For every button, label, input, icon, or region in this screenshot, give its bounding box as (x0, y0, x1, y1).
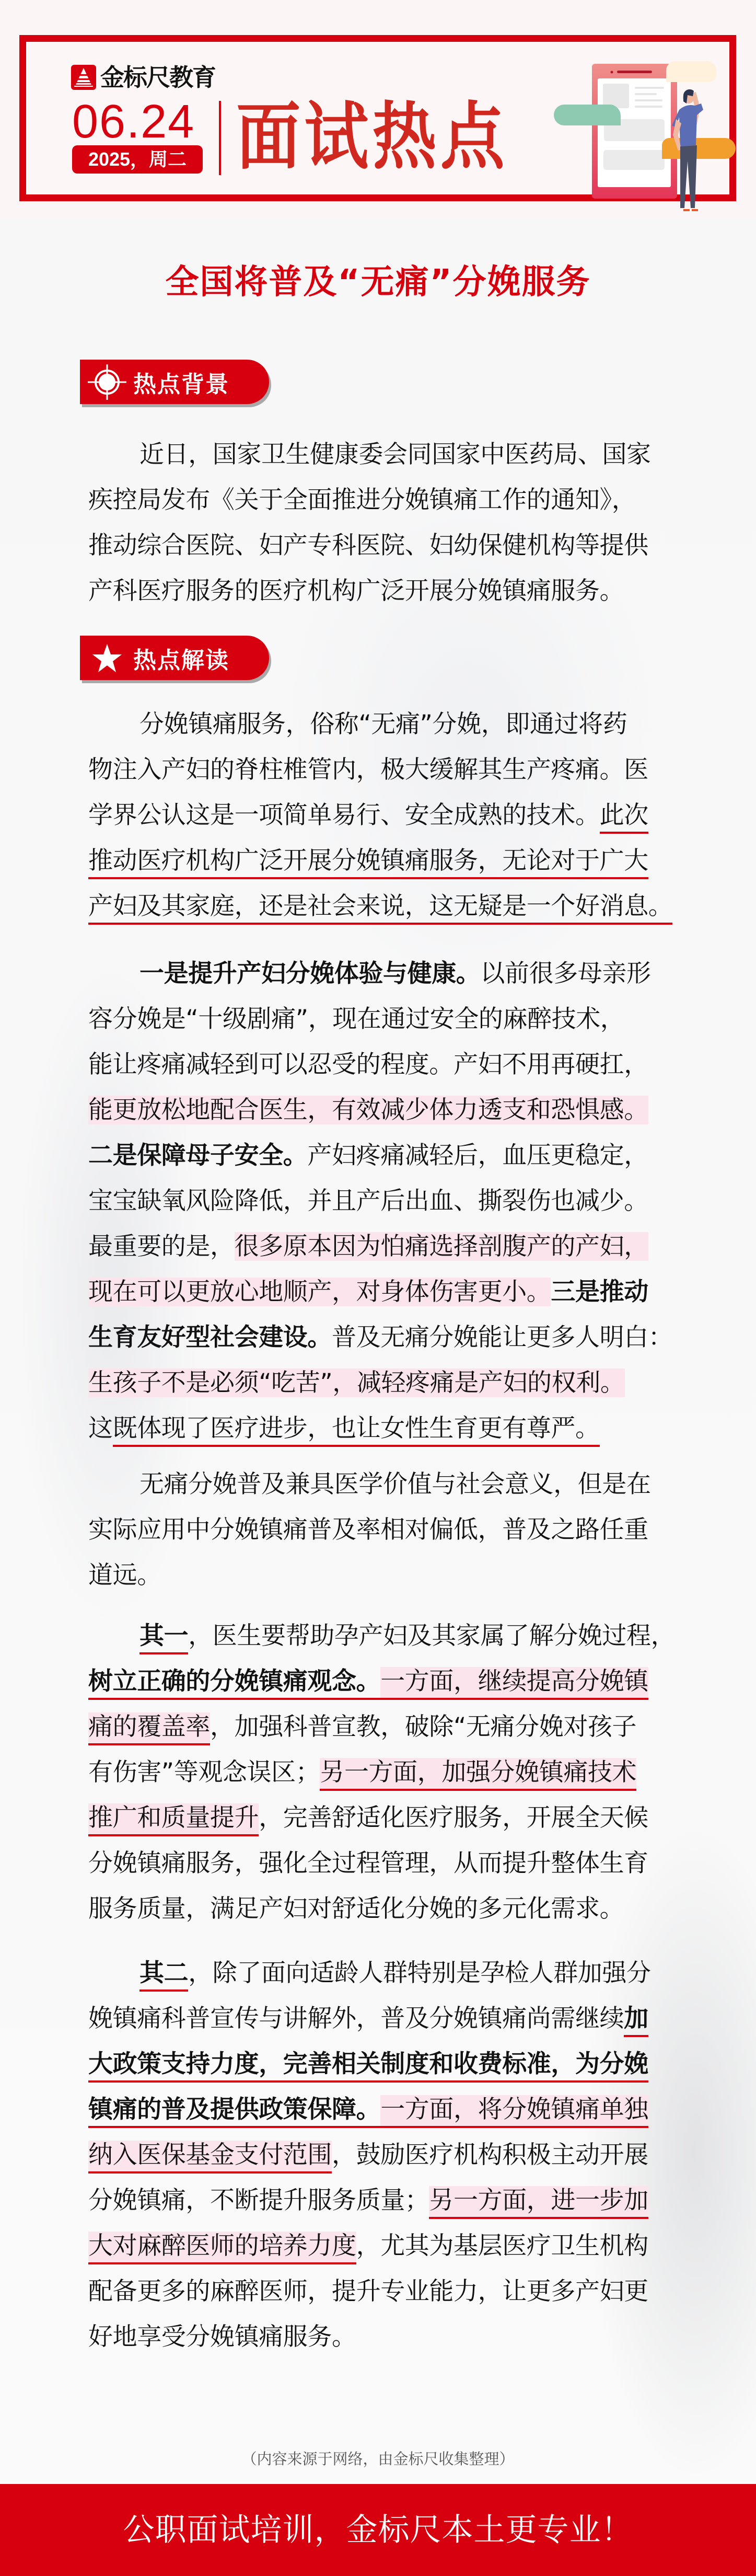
emphasized-text: 一方面，将分娩镇痛单独 (380, 2095, 648, 2128)
paragraph-line: 镇痛的普及提供政策保障。一方面，将分娩镇痛单独 (88, 2094, 669, 2125)
section-badge-label: 热点背景 (133, 365, 229, 399)
paragraph-line: 其二，除了面向适龄人群特别是孕检人群加强分 (88, 1958, 669, 1989)
body-text: ，医生要帮助孕产妇及其家属了解分娩过程， (188, 1621, 675, 1650)
body-text: 产妇疼痛减轻后，血压更稳定， (307, 1141, 648, 1170)
paragraph-line: 能让疼痛减轻到可以忍受的程度。产妇不用再硬扛， (88, 1049, 669, 1080)
header-divider (219, 101, 221, 175)
paragraph-line: 好地享受分娩镇痛服务。 (88, 2321, 669, 2353)
paragraph-line: 无痛分娩普及兼具医学价值与社会意义，但是在 (88, 1469, 669, 1500)
body-text: 道远。 (88, 1561, 161, 1590)
body-text: ，除了面向适龄人群特别是孕检人群加强分 (188, 1959, 650, 1987)
emphasized-text: 三是推动 (551, 1278, 648, 1306)
paragraph-line: 其一，医生要帮助孕产妇及其家属了解分娩过程， (88, 1620, 669, 1652)
section-badge-label: 热点解读 (133, 641, 229, 675)
body-text: 娩镇痛科普宣传与讲解外，普及分娩镇痛尚需继续 (88, 2004, 624, 2033)
body-text: 宝宝缺氧风险降低，并且产后出血、撕裂伤也减少。 (88, 1187, 648, 1215)
paragraph-line: 有伤害”等观念误区；另一方面，加强分娩镇痛技术 (88, 1757, 669, 1788)
emphasized-text: 加 (624, 2004, 648, 2037)
body-text: 无痛分娩普及兼具医学价值与社会意义，但是在 (139, 1470, 651, 1499)
paragraph-line: 容分娩是“十级剧痛”，现在通过安全的麻醉技术， (88, 1004, 669, 1035)
body-text: ，鼓励医疗机构积极主动开展 (332, 2141, 648, 2169)
paragraph-line: 能更放松地配合医生，有效减少体力透支和恐惧感。 (88, 1095, 669, 1126)
section-badge-background: 热点背景 (80, 360, 269, 404)
emphasized-text: 生孩子不是必须“吃苦”，减轻疼痛是产妇的权利。 (88, 1368, 625, 1397)
body-text: 实际应用中分娩镇痛普及率相对偏低，普及之路任重 (88, 1515, 648, 1544)
emphasized-text: 此次 (600, 801, 648, 834)
body-text: 分娩镇痛，不断提升服务质量； (88, 2186, 429, 2215)
emphasized-text: 能更放松地配合医生，有效减少体力透支和恐惧感。 (88, 1096, 648, 1124)
body-text: 有伤害”等观念误区； (88, 1758, 320, 1787)
paragraph-line: 分娩镇痛服务，俗称“无痛”分娩，即通过将药 (88, 709, 669, 740)
paragraph-line: 大政策支持力度，完善相关制度和收费标准，为分娩 (88, 2049, 669, 2080)
paragraph-line: 这既体现了医疗进步，也让女性生育更有尊严。 (88, 1413, 669, 1444)
paragraph-line: 疾控局发布《关于全面推进分娩镇痛工作的通知》， (88, 485, 669, 516)
paragraph-line: 推动综合医院、妇产专科医院、妇幼保健机构等提供 (88, 530, 669, 561)
date-main: 06.24 (72, 98, 195, 145)
logo-mark-icon (71, 65, 96, 90)
paragraph-line: 产科医疗服务的医疗机构广泛开展分娩镇痛服务。 (88, 576, 669, 607)
section-badge-interpretation: 热点解读 (80, 636, 269, 680)
paragraph-line: 近日，国家卫生健康委会同国家中医药局、国家 (88, 439, 669, 470)
emphasized-text: 推动医疗机构广泛开展分娩镇痛服务，无论对于广大 (88, 846, 648, 879)
body-text: 服务质量，满足产妇对舒适化分娩的多元化需求。 (88, 1894, 624, 1923)
paragraph-line: 生孩子不是必须“吃苦”，减轻疼痛是产妇的权利。 (88, 1367, 669, 1399)
emphasized-text: 既体现了医疗进步，也让女性生育更有尊严。 (113, 1414, 600, 1447)
emphasized-text: 一方面，继续提高分娩镇 (380, 1667, 648, 1700)
body-text: ，完善舒适化医疗服务，开展全天候 (259, 1803, 648, 1832)
body-text: 物注入产妇的脊柱椎管内，极大缓解其生产疼痛。医 (88, 755, 648, 784)
body-text: 以前很多母亲形 (480, 959, 650, 988)
emphasized-text: 其一 (139, 1621, 188, 1654)
emphasized-text: 树立正确的分娩镇痛观念。 (88, 1667, 380, 1700)
emphasized-text: 二是保障母子安全。 (88, 1141, 307, 1170)
emphasized-text: 其二 (139, 1959, 188, 1992)
body-text: 分娩镇痛服务，俗称“无痛”分娩，即通过将药 (139, 710, 627, 739)
date-sub-pill: 2025，周二 (72, 145, 203, 174)
paragraph-line: 二是保障母子安全。产妇疼痛减轻后，血压更稳定， (88, 1140, 669, 1171)
emphasized-text: 另一方面，加强分娩镇痛技术 (320, 1758, 636, 1791)
target-icon (86, 360, 128, 404)
body-text: 能让疼痛减轻到可以忍受的程度。产妇不用再硬扛， (88, 1050, 648, 1079)
footer-slogan: 公职面试培训，金标尺本土更专业！ (123, 2512, 633, 2548)
paragraph-line: 现在可以更放心地顺产，对身体伤害更小。三是推动 (88, 1276, 669, 1308)
body-text: 分娩镇痛服务，强化全过程管理，从而提升整体生育 (88, 1849, 648, 1878)
body-text: 学界公认这是一项简单易行、安全成熟的技术。 (88, 801, 600, 830)
paragraph-line: 树立正确的分娩镇痛观念。一方面，继续提高分娩镇 (88, 1666, 669, 1697)
paragraph-line: 实际应用中分娩镇痛普及率相对偏低，普及之路任重 (88, 1514, 669, 1546)
paragraph-line: 推广和质量提升，完善舒适化医疗服务，开展全天候 (88, 1802, 669, 1834)
emphasized-text: 产妇及其家庭，还是社会来说，这无疑是一个好消息。 (88, 892, 672, 925)
star-icon (86, 636, 128, 680)
paragraph-line: 分娩镇痛服务，强化全过程管理，从而提升整体生育 (88, 1848, 669, 1879)
emphasized-text: 现在可以更放心地顺产，对身体伤害更小。 (88, 1278, 551, 1306)
brand-name: 金标尺教育 (100, 64, 215, 90)
body-text: 推动综合医院、妇产专科医院、妇幼保健机构等提供 (88, 531, 648, 560)
footer-banner: 公职面试培训，金标尺本土更专业！ (0, 2484, 756, 2576)
emphasized-text: 生育友好型社会建设。 (88, 1323, 332, 1352)
source-note: （内容来源于网络，由金标尺收集整理） (0, 2448, 756, 2469)
phone-person-illustration (549, 57, 742, 217)
body-text: 配备更多的麻醉医师，提升专业能力，让更多产妇更 (88, 2277, 648, 2306)
paragraph-line: 物注入产妇的脊柱椎管内，极大缓解其生产疼痛。医 (88, 754, 669, 786)
paragraph-line: 服务质量，满足产妇对舒适化分娩的多元化需求。 (88, 1893, 669, 1925)
paragraph-line: 道远。 (88, 1560, 669, 1591)
paragraph-line: 产妇及其家庭，还是社会来说，这无疑是一个好消息。 (88, 891, 669, 922)
emphasized-text: 一是提升产妇分娩体验与健康。 (139, 959, 480, 988)
body-text: 最重要的是， (88, 1232, 235, 1261)
emphasized-text: 推广和质量提升 (88, 1803, 259, 1836)
body-text: ，加强科普宣教，破除“无痛分娩对孩子 (210, 1712, 636, 1741)
emphasized-text: 纳入医保基金支付范围 (88, 2141, 332, 2173)
body-text: 容分娩是“十级剧痛”，现在通过安全的麻醉技术， (88, 1005, 625, 1033)
paragraph-line: 学界公认这是一项简单易行、安全成熟的技术。此次 (88, 800, 669, 831)
emphasized-text: 另一方面，进一步加 (429, 2186, 648, 2219)
paragraph-line: 纳入医保基金支付范围，鼓励医疗机构积极主动开展 (88, 2140, 669, 2171)
body-text: 近日，国家卫生健康委会同国家中医药局、国家 (139, 440, 651, 469)
emphasized-text: 大政策支持力度，完善相关制度和收费标准，为分娩 (88, 2050, 648, 2083)
header-title: 面试热点 (236, 98, 508, 177)
emphasized-text: 大对麻醉医师的培养力度 (88, 2232, 356, 2264)
paragraph-line: 大对麻醉医师的培养力度，尤其为基层医疗卫生机构 (88, 2230, 669, 2262)
article-title: 全国将普及“无痛”分娩服务 (0, 261, 756, 303)
paragraph-line: 痛的覆盖率，加强科普宣教，破除“无痛分娩对孩子 (88, 1711, 669, 1743)
body-text: 疾控局发布《关于全面推进分娩镇痛工作的通知》， (88, 486, 636, 514)
body-text: ，尤其为基层医疗卫生机构 (356, 2232, 648, 2260)
body-text: 好地享受分娩镇痛服务。 (88, 2322, 356, 2351)
paragraph-line: 娩镇痛科普宣传与讲解外，普及分娩镇痛尚需继续加 (88, 2003, 669, 2034)
paragraph-line: 生育友好型社会建设。普及无痛分娩能让更多人明白： (88, 1322, 669, 1353)
paragraph-line: 推动医疗机构广泛开展分娩镇痛服务，无论对于广大 (88, 845, 669, 877)
paragraph-line: 分娩镇痛，不断提升服务质量；另一方面，进一步加 (88, 2185, 669, 2216)
emphasized-text: 很多原本因为怕痛选择剖腹产的产妇， (235, 1232, 648, 1261)
emphasized-text: 痛的覆盖率 (88, 1712, 210, 1745)
paragraph-line: 配备更多的麻醉医师，提升专业能力，让更多产妇更 (88, 2276, 669, 2307)
paragraph-line: 一是提升产妇分娩体验与健康。以前很多母亲形 (88, 958, 669, 990)
emphasized-text: 镇痛的普及提供政策保障。 (88, 2095, 380, 2128)
paragraph-line: 宝宝缺氧风险降低，并且产后出血、撕裂伤也减少。 (88, 1186, 669, 1217)
brand-logo: 金标尺教育 (71, 64, 215, 90)
body-text: 这 (88, 1414, 113, 1443)
body-text: 普及无痛分娩能让更多人明白： (332, 1323, 672, 1352)
paragraph-line: 最重要的是，很多原本因为怕痛选择剖腹产的产妇， (88, 1231, 669, 1262)
body-text: 产科医疗服务的医疗机构广泛开展分娩镇痛服务。 (88, 577, 624, 605)
